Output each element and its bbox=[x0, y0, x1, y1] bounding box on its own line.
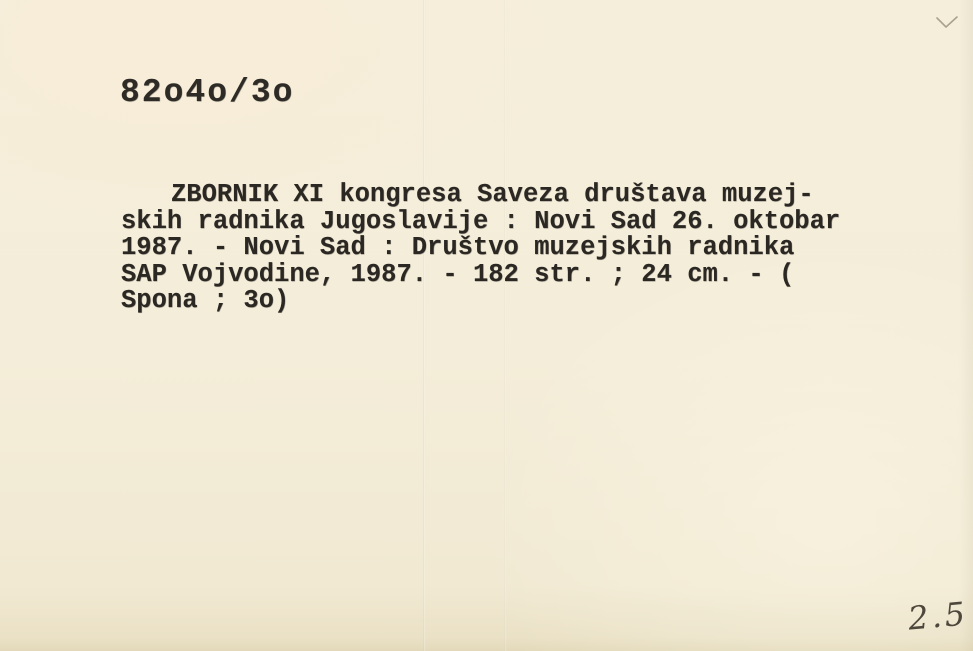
handwritten-note: 2.5 bbox=[906, 594, 969, 637]
entry-line-5: Spona ; 3o) bbox=[121, 288, 881, 315]
entry-line-1: ZBORNIK XI kongresa Saveza društava muze… bbox=[121, 182, 881, 209]
entry-line-3: 1987. - Novi Sad : Društvo muzejskih rad… bbox=[121, 235, 881, 262]
call-number: 82o4o/3o bbox=[120, 74, 294, 111]
catalog-card: 82o4o/3o ZBORNIK XI kongresa Saveza druš… bbox=[0, 0, 973, 651]
card-crease-line-left bbox=[423, 0, 426, 651]
card-edge-shadow bbox=[959, 0, 973, 651]
entry-line-4: SAP Vojvodine, 1987. - 182 str. ; 24 cm.… bbox=[121, 262, 881, 289]
pencil-checkmark-icon bbox=[936, 16, 958, 30]
card-crease-line-right bbox=[504, 0, 507, 651]
bibliographic-entry: ZBORNIK XI kongresa Saveza društava muze… bbox=[121, 182, 881, 315]
entry-line-2: skih radnika Jugoslavije : Novi Sad 26. … bbox=[121, 209, 881, 236]
